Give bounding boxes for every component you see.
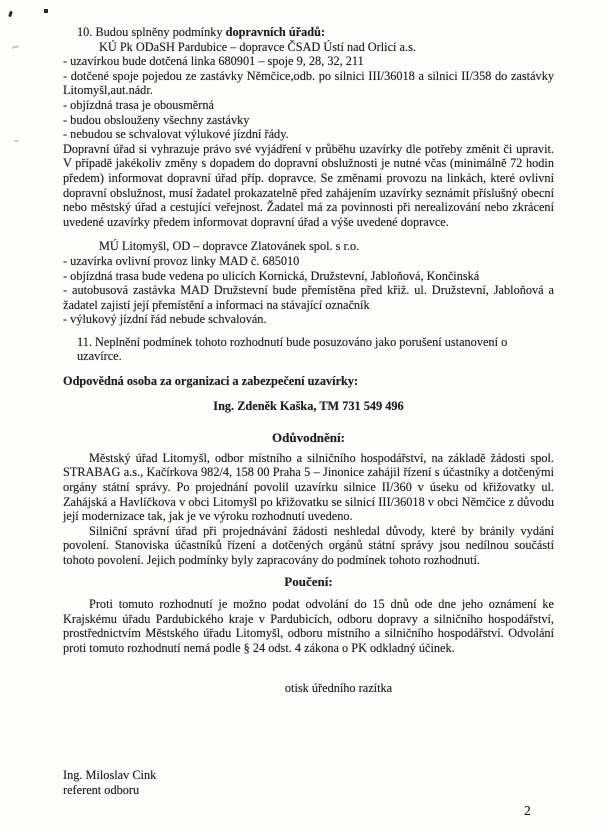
responsible-person-name: Ing. Zdeněk Kaška, TM 731 549 496 xyxy=(63,399,554,414)
section-10-heading-plain: Budou splněny podmínky xyxy=(95,25,225,39)
ku-bullet-4: - budou obslouženy všechny zastávky xyxy=(63,113,554,128)
ku-bullet-3: - objízdná trasa je obousměrná xyxy=(63,98,554,113)
oduvodneni-paragraph-2: Silniční správní úřad při projednávání ž… xyxy=(63,524,554,568)
oduvodneni-heading: Odůvodnění: xyxy=(63,431,554,446)
mu-bullet-3: - autobusová zastávka MAD Družstevní bud… xyxy=(63,283,554,312)
mu-bullet-1: - uzavírka ovlivní provoz linky MAD č. 6… xyxy=(63,254,554,269)
section-10-heading-bold: dopravních úřadů: xyxy=(226,25,325,39)
scan-artifact-faint-mark-2 xyxy=(14,140,19,142)
official-stamp-note: otisk úředního razítka xyxy=(93,681,584,696)
ku-bullet-2: - dotčené spoje pojedou ze zastávky Němč… xyxy=(63,69,554,98)
scan-artifact-dot xyxy=(44,9,48,13)
ku-bullet-5: - nebudou se schvalovat výlukové jízdní … xyxy=(63,127,554,142)
scan-artifact-faint-mark xyxy=(12,45,19,48)
ku-conditions-paragraph: Dopravní úřad si vyhrazuje právo své vyj… xyxy=(63,142,554,230)
signature-block: Ing. Miloslav Cink referent odboru xyxy=(63,768,554,797)
pouceni-heading: Poučení: xyxy=(63,575,554,590)
mu-carrier-intro: MÚ Litomyšl, OD – dopravce Zlatovánek sp… xyxy=(63,239,554,254)
page-number: 2 xyxy=(524,803,531,819)
section-11: 11. Neplnění podmínek tohoto rozhodnutí … xyxy=(63,335,554,364)
pouceni-paragraph: Proti tomuto rozhodnutí je možno podat o… xyxy=(63,597,554,655)
oduvodneni-paragraph-1: Městský úřad Litomyšl, odbor místního a … xyxy=(63,451,554,524)
section-11-number: 11. xyxy=(77,335,92,349)
signature-title: referent odboru xyxy=(63,783,554,798)
section-11-text: Neplnění podmínek tohoto rozhodnutí bude… xyxy=(77,335,507,364)
ku-carrier-intro: KÚ Pk ODaSH Pardubice – dopravce ČSAD Ús… xyxy=(63,40,554,55)
scan-artifact-mark xyxy=(8,11,13,18)
section-10-number: 10. xyxy=(77,25,92,39)
document-body: 10. Budou splněny podmínky dopravních úř… xyxy=(63,0,554,797)
ku-bullet-1: - uzavírkou bude dotčená linka 680901 – … xyxy=(63,54,554,69)
mu-bullet-4: - výlukový jízdní řád nebude schvalován. xyxy=(63,312,554,327)
scanned-document-page: 10. Budou splněny podmínky dopravních úř… xyxy=(0,0,601,825)
responsible-person-label: Odpovědná osoba za organizaci a zabezpeč… xyxy=(63,374,554,389)
section-10-heading: 10. Budou splněny podmínky dopravních úř… xyxy=(63,25,554,40)
signature-name: Ing. Miloslav Cink xyxy=(63,768,554,783)
mu-bullet-2: - objízdná trasa bude vedena po ulicích … xyxy=(63,269,554,284)
